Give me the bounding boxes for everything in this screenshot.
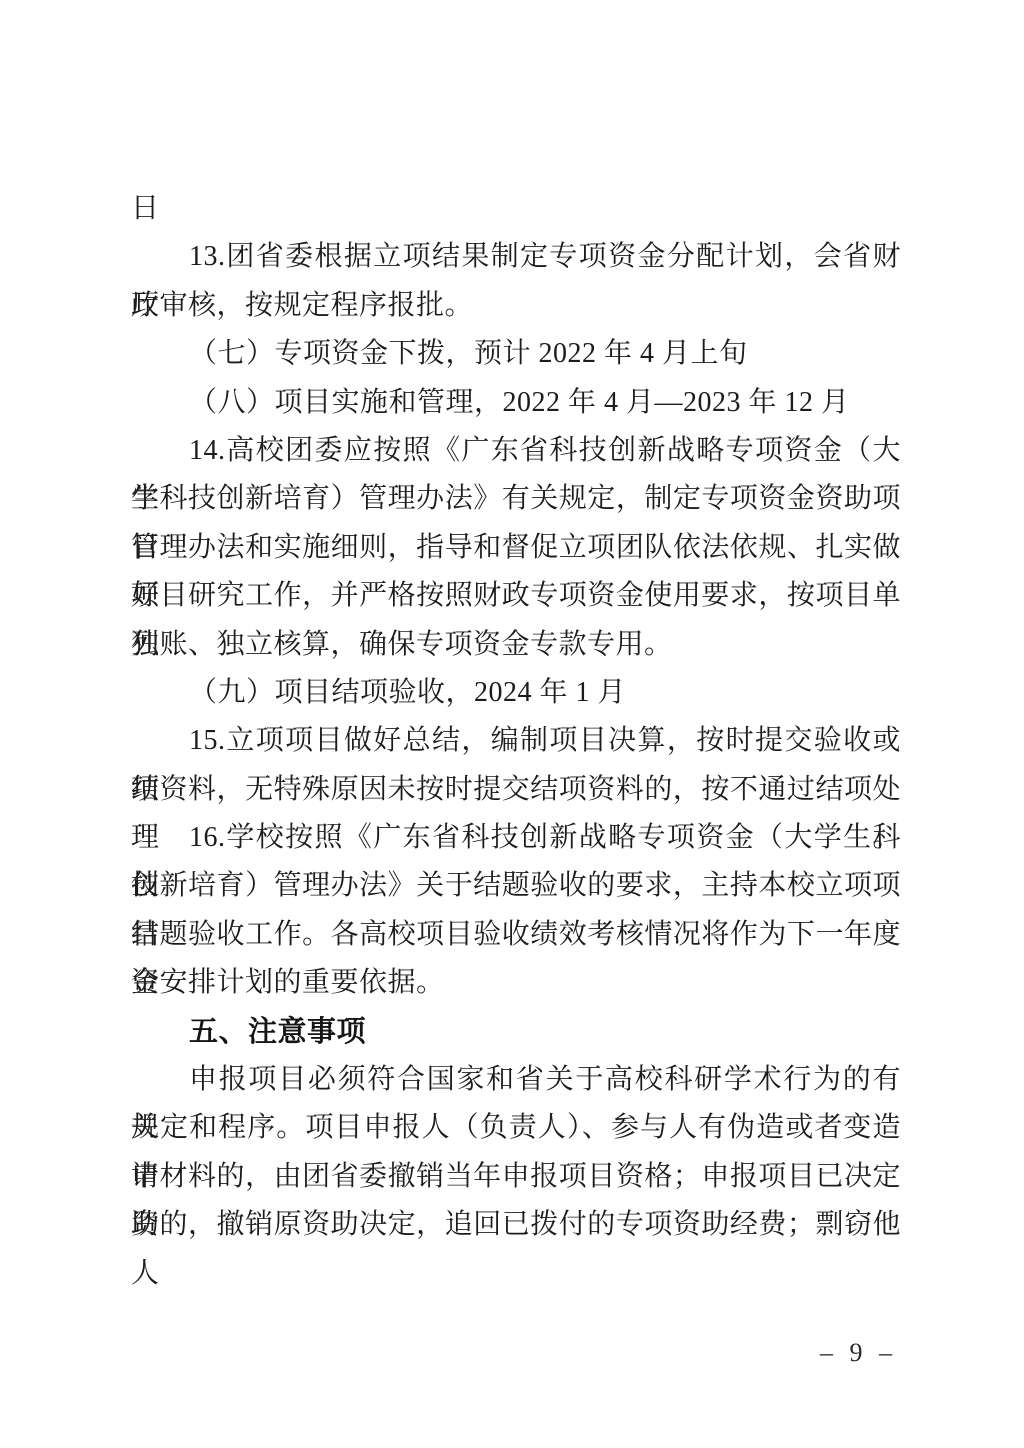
para-16-line: 金安排计划的重要依据。 — [131, 959, 901, 1007]
subheading-item-7: （七）专项资金下拨，预计 2022 年 4 月上旬 — [131, 330, 901, 378]
para-notes-line: 规定和程序。项目申报人（负责人）、参与人有伪造或者变造申 — [131, 1104, 901, 1152]
para-notes-line: 请材料的，由团省委撤销当年申报项目资格；申报项目已决定资 — [131, 1153, 901, 1201]
para-14-line: 生科技创新培育）管理办法》有关规定，制定专项资金资助项目 — [131, 475, 901, 523]
para-15-line: 15.立项项目做好总结，编制项目决算，按时提交验收或结 — [131, 717, 901, 765]
subheading-item-8: （八）项目实施和管理，2022 年 4 月—2023 年 12 月 — [131, 379, 901, 427]
page-number: – 9 – — [131, 1337, 897, 1369]
section-heading-notes: 五、注意事项 — [131, 1008, 901, 1056]
para-14-line: 管理办法和实施细则，指导和督促立项团队依法依规、扎实做好 — [131, 524, 901, 572]
continuation-line: 日 — [131, 185, 901, 233]
document-page: 日 13.团省委根据立项结果制定专项资金分配计划，会省财政 厅审核，按规定程序报… — [0, 0, 1024, 1448]
para-notes-line: 助的，撤销原资助决定，追回已拨付的专项资助经费；剽窃他人 — [131, 1201, 901, 1249]
para-14-line: 14.高校团委应按照《广东省科技创新战略专项资金（大学 — [131, 427, 901, 475]
para-16-line: 创新培育）管理办法》关于结题验收的要求，主持本校立项项目 — [131, 862, 901, 910]
para-16-line: 结题验收工作。各高校项目验收绩效考核情况将作为下一年度资 — [131, 911, 901, 959]
para-14-line: 项目研究工作，并严格按照财政专项资金使用要求，按项目单独 — [131, 572, 901, 620]
subheading-item-9: （九）项目结项验收，2024 年 1 月 — [131, 669, 901, 717]
para-notes-line: 申报项目必须符合国家和省关于高校科研学术行为的有关 — [131, 1056, 901, 1104]
para-16-line: 16.学校按照《广东省科技创新战略专项资金（大学生科技 — [131, 814, 901, 862]
para-14-line: 列账、独立核算，确保专项资金专款专用。 — [131, 621, 901, 669]
para-13-line: 厅审核，按规定程序报批。 — [131, 282, 901, 330]
para-15-line: 项资料，无特殊原因未按时提交结项资料的，按不通过结项处理。 — [131, 766, 901, 814]
document-text-block: 日 13.团省委根据立项结果制定专项资金分配计划，会省财政 厅审核，按规定程序报… — [131, 185, 901, 1250]
para-13-line: 13.团省委根据立项结果制定专项资金分配计划，会省财政 — [131, 233, 901, 281]
